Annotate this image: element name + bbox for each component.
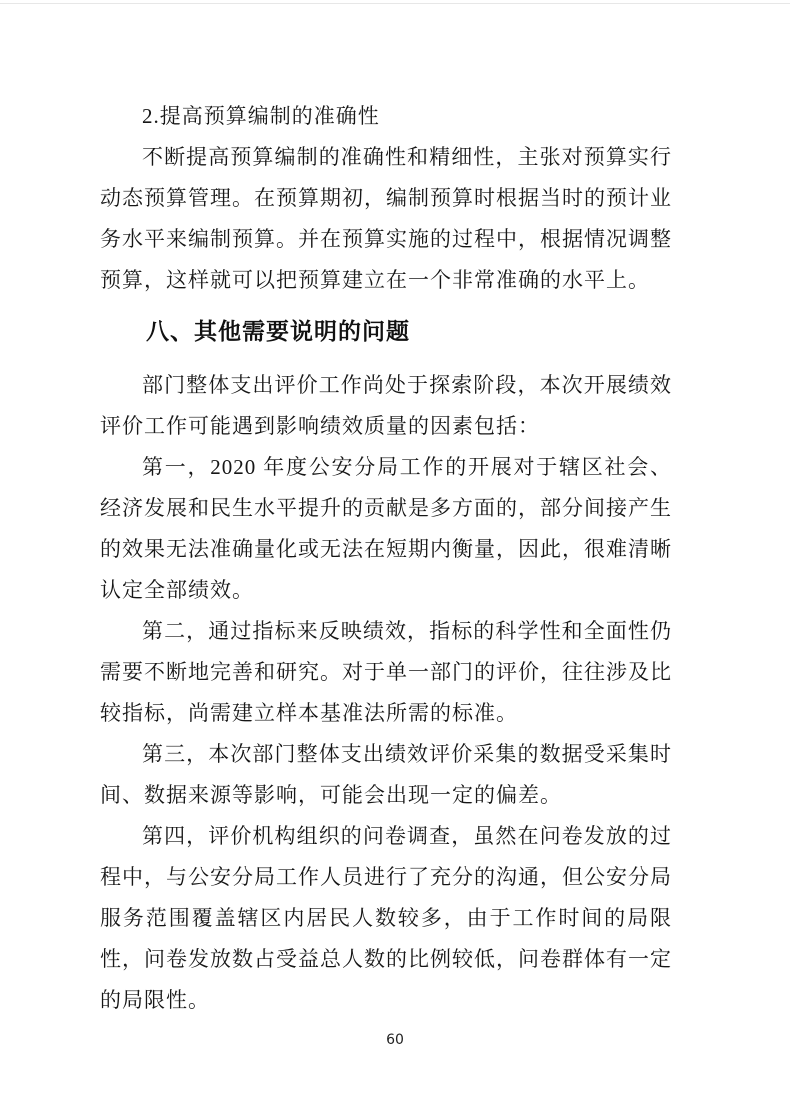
paragraph-point-two: 第二，通过指标来反映绩效，指标的科学性和全面性仍需要不断地完善和研究。对于单一部…: [100, 611, 672, 734]
paragraph-intro-factors: 部门整体支出评价工作尚处于探索阶段，本次开展绩效评价工作可能遇到影响绩效质量的因…: [100, 365, 672, 447]
paragraph-budget-accuracy: 不断提高预算编制的准确性和精细性，主张对预算实行动态预算管理。在预算期初，编制预…: [100, 137, 672, 301]
paragraph-point-three: 第三，本次部门整体支出绩效评价采集的数据受采集时间、数据来源等影响，可能会出现一…: [100, 734, 672, 816]
document-content: 2.提高预算编制的准确性 不断提高预算编制的准确性和精细性，主张对预算实行动态预…: [100, 96, 672, 1021]
document-page: 2.提高预算编制的准确性 不断提高预算编制的准确性和精细性，主张对预算实行动态预…: [0, 0, 790, 1118]
page-top-edge-line: [0, 3, 790, 4]
section-heading-other-issues: 八、其他需要说明的问题: [100, 311, 672, 353]
numbered-subheading: 2.提高预算编制的准确性: [100, 96, 672, 137]
page-number: 60: [0, 1032, 790, 1048]
paragraph-point-one: 第一，2020 年度公安分局工作的开展对于辖区社会、经济发展和民生水平提升的贡献…: [100, 447, 672, 611]
paragraph-point-four: 第四，评价机构组织的问卷调查，虽然在问卷发放的过程中，与公安分局工作人员进行了充…: [100, 816, 672, 1021]
